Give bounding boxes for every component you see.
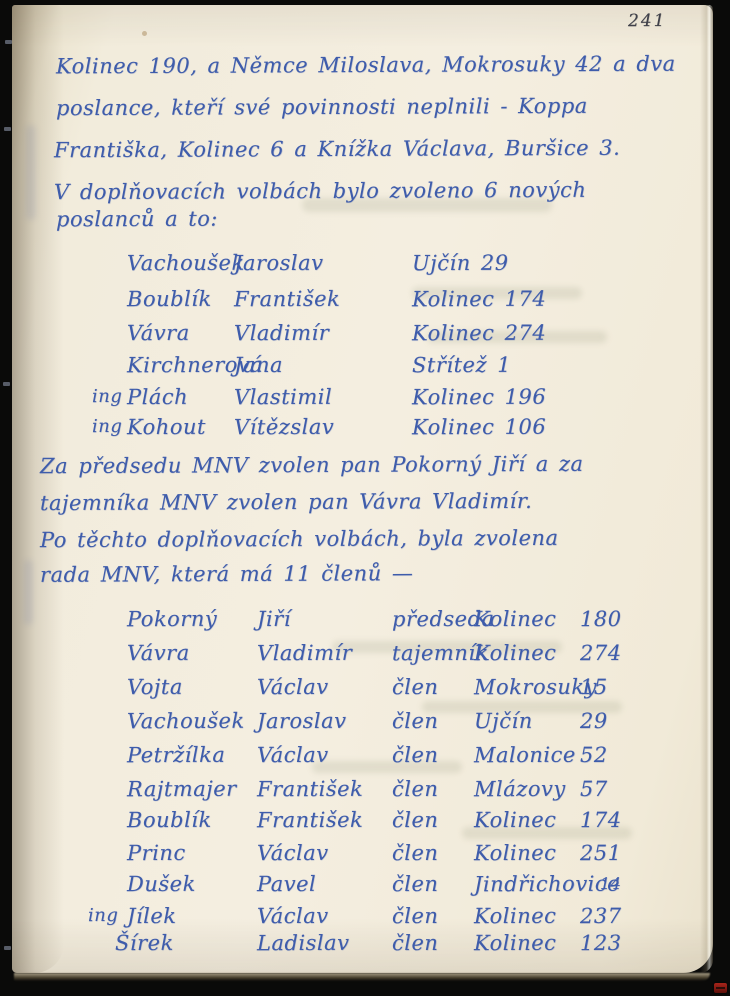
member-surname: Dušek — [127, 871, 196, 897]
member-place: Kolinec — [474, 640, 557, 666]
member-surname: Petržílka — [127, 742, 225, 768]
deputy-address: Ujčín 29 — [412, 250, 509, 276]
member-firstname: Václav — [257, 674, 329, 700]
deputy-surname: Boublík — [127, 286, 212, 312]
deputy-row: ing Plách Vlastimil Kolinec 196 — [12, 384, 713, 414]
margin-tick — [3, 382, 10, 386]
manuscript-line: poslanců a to: — [56, 206, 218, 233]
member-surname: Boublík — [127, 807, 212, 833]
deputy-firstname: Jana — [234, 352, 283, 378]
member-role: člen — [392, 674, 439, 700]
member-house-number: 180 — [580, 606, 622, 632]
member-surname: Pokorný — [127, 606, 217, 632]
member-place: Ujčín — [474, 708, 533, 734]
member-place: Kolinec — [474, 807, 557, 833]
scan-frame: 241 Kolinec 190, a Němce Miloslava, Mokr… — [0, 0, 730, 996]
council-row: Šírek Ladislav člen Kolinec 123 — [12, 930, 713, 960]
member-place: Kolinec — [474, 903, 557, 929]
member-firstname: Václav — [257, 903, 329, 929]
member-house-number: 174 — [580, 807, 622, 833]
member-role: člen — [392, 807, 439, 833]
deputy-surname: Kohout — [127, 414, 206, 440]
margin-tick — [4, 946, 11, 950]
member-surname: Jílek — [127, 903, 177, 929]
member-surname: Vávra — [127, 640, 190, 666]
member-title-prefix: ing — [88, 903, 118, 929]
member-role: člen — [392, 742, 439, 768]
member-firstname: Václav — [257, 742, 329, 768]
scanner-artifact-icon — [714, 983, 727, 993]
paper-speck — [142, 31, 147, 36]
deputy-firstname: Vlastimil — [234, 384, 332, 410]
manuscript-line: poslance, kteří své povinnosti neplnili … — [56, 93, 588, 121]
council-row: Petržílka Václav člen Malonice 52 — [12, 742, 713, 772]
council-row: ing Jílek Václav člen Kolinec 237 — [12, 903, 713, 933]
member-house-number: 251 — [580, 840, 622, 866]
council-row: Vojta Václav člen Mokrosuky 15 — [12, 674, 713, 704]
deputy-row: Vávra Vladimír Kolinec 274 — [12, 320, 713, 350]
council-row: Pokorný Jiří předseda Kolinec 180 — [12, 606, 713, 636]
deputy-row: ing Kohout Vítězslav Kolinec 106 — [12, 414, 713, 444]
member-surname: Rajtmajer — [127, 776, 237, 802]
council-row: Boublík František člen Kolinec 174 — [12, 807, 713, 837]
deputy-title-prefix: ing — [92, 384, 122, 410]
council-row: Rajtmajer František člen Mlázovy 57 — [12, 776, 713, 806]
deputy-surname: Vachoušek — [127, 250, 245, 277]
member-role: člen — [392, 930, 439, 956]
member-role: člen — [392, 708, 439, 734]
member-firstname: Pavel — [257, 871, 316, 897]
member-place: Kolinec — [474, 930, 557, 956]
manuscript-line: Františka, Kolinec 6 a Knížka Václava, B… — [54, 135, 620, 163]
member-house-number: 29 — [580, 708, 608, 734]
deputy-row: Boublík František Kolinec 174 — [12, 286, 713, 316]
member-place: Mlázovy — [474, 776, 566, 802]
deputy-firstname: Vítězslav — [234, 414, 334, 440]
member-place: Mokrosuky — [474, 674, 597, 701]
deputy-address: Střítež 1 — [412, 352, 511, 378]
council-row: Vachoušek Jaroslav člen Ujčín 29 — [12, 708, 713, 738]
member-house-number: 237 — [580, 903, 622, 929]
deputy-address: Kolinec 106 — [412, 414, 546, 441]
member-surname: Princ — [127, 840, 186, 866]
manuscript-line: Za předsedu MNV zvolen pan Pokorný Jiří … — [40, 451, 584, 479]
deputy-firstname: Jaroslav — [234, 250, 324, 276]
manuscript-line: rada MNV, která má 11 členů — — [40, 560, 414, 588]
member-house-number: 274 — [580, 640, 622, 666]
member-firstname: František — [257, 776, 363, 802]
deputy-firstname: Vladimír — [234, 320, 329, 346]
member-house-number: 14 — [600, 871, 621, 897]
council-row: Princ Václav člen Kolinec 251 — [12, 840, 713, 870]
member-house-number: 52 — [580, 742, 608, 768]
member-place: Kolinec — [474, 606, 557, 632]
scanner-artifact-bar — [716, 987, 725, 989]
member-role: člen — [392, 871, 439, 897]
manuscript-line: V doplňovacích volbách bylo zvoleno 6 no… — [54, 177, 586, 205]
member-surname: Vachoušek — [127, 708, 245, 735]
member-role: člen — [392, 840, 439, 866]
member-role: člen — [392, 776, 439, 802]
member-house-number: 123 — [580, 930, 622, 956]
member-surname: Šírek — [115, 930, 174, 956]
member-firstname: František — [257, 807, 363, 833]
page-bottom-edge-shadow — [14, 973, 710, 981]
council-row: Vávra Vladimír tajemník Kolinec 274 — [12, 640, 713, 670]
deputy-surname: Vávra — [127, 320, 190, 346]
deputy-title-prefix: ing — [92, 414, 122, 440]
deputy-surname: Plách — [127, 384, 188, 410]
page-number: 241 — [628, 8, 667, 34]
member-firstname: Vladimír — [257, 640, 352, 666]
member-firstname: Ladislav — [257, 930, 350, 956]
chronicle-page: 241 Kolinec 190, a Němce Miloslava, Mokr… — [12, 5, 713, 973]
deputy-row: Kirchnerová Jana Střítež 1 — [12, 352, 713, 382]
member-firstname: Václav — [257, 840, 329, 866]
manuscript-line: tajemníka MNV zvolen pan Vávra Vladimír. — [40, 488, 532, 516]
deputy-address: Kolinec 274 — [412, 320, 546, 347]
council-row: Dušek Pavel člen Jindřichovice 14 — [12, 871, 713, 901]
manuscript-line: Kolinec 190, a Němce Miloslava, Mokrosuk… — [56, 51, 676, 80]
member-place: Kolinec — [474, 840, 557, 866]
deputy-row: Vachoušek Jaroslav Ujčín 29 — [12, 250, 713, 280]
member-place: Jindřichovice — [474, 871, 620, 898]
member-place: Malonice — [474, 742, 576, 768]
deputy-address: Kolinec 174 — [412, 286, 546, 313]
margin-tick — [5, 40, 12, 44]
manuscript-line: Po těchto doplňovacích volbách, byla zvo… — [40, 525, 559, 553]
member-house-number: 15 — [580, 674, 608, 700]
member-role: člen — [392, 903, 439, 929]
member-firstname: Jiří — [257, 606, 291, 632]
member-firstname: Jaroslav — [257, 708, 347, 734]
deputy-firstname: František — [234, 286, 340, 312]
margin-tick — [4, 127, 11, 131]
member-surname: Vojta — [127, 674, 183, 700]
deputy-address: Kolinec 196 — [412, 384, 546, 411]
member-house-number: 57 — [580, 776, 608, 802]
